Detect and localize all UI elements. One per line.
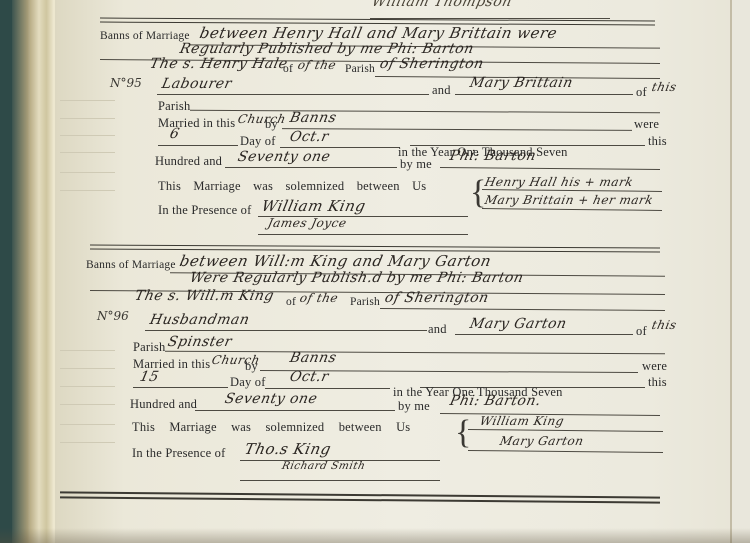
signature-brace: { bbox=[455, 416, 471, 450]
of-label-2: of bbox=[636, 85, 647, 100]
solemnized-label: This Marriage was solemnized between Us bbox=[158, 179, 426, 194]
groom-parish: of Sherington bbox=[378, 56, 485, 72]
witness-1: William King bbox=[260, 197, 367, 215]
parish-label-2: Parish bbox=[133, 340, 165, 355]
this-label: this bbox=[648, 375, 667, 390]
year-text: Seventy one bbox=[236, 149, 332, 165]
by-label: by bbox=[245, 359, 258, 374]
method: Banns bbox=[288, 350, 338, 366]
banns-label: Banns of Marriage bbox=[100, 30, 190, 42]
previous-entry-witness: William Thompson bbox=[370, 0, 513, 10]
hundred-label: Hundred and bbox=[155, 154, 222, 169]
by-me-label: by me bbox=[398, 399, 430, 414]
banns-text: between Henry Hall and Mary Brittain wer… bbox=[198, 24, 559, 42]
were-label: were bbox=[634, 117, 659, 132]
presence-label: In the Presence of bbox=[158, 203, 252, 218]
month: Oct.r bbox=[288, 129, 330, 145]
signature-bride: Mary Brittain + her mark bbox=[484, 193, 655, 207]
officiant: Phi: Barton bbox=[448, 148, 537, 164]
groom-occupation: Husbandman bbox=[148, 312, 251, 328]
signature-groom: William King bbox=[479, 414, 566, 428]
presence-label: In the Presence of bbox=[132, 446, 226, 461]
parish-label: Parish bbox=[345, 63, 375, 75]
of-label-2: of bbox=[636, 324, 647, 339]
bride-status: Spinster bbox=[166, 334, 233, 350]
married-label: Married in this bbox=[158, 116, 235, 131]
entry-number: N°95 bbox=[110, 76, 142, 90]
entry-number: N°96 bbox=[97, 309, 129, 323]
witness-2: James Joyce bbox=[267, 216, 349, 230]
witness-2: Richard Smith bbox=[281, 460, 367, 472]
of-the: of the bbox=[297, 58, 338, 72]
parish-label-2: Parish bbox=[158, 99, 190, 114]
day: 15 bbox=[138, 369, 160, 385]
of-label: of bbox=[283, 63, 293, 75]
of-label: of bbox=[286, 296, 296, 308]
parish-label: Parish bbox=[350, 296, 380, 308]
bottom-shadow bbox=[0, 528, 750, 543]
bride-parish: this bbox=[651, 80, 679, 94]
banns-text-2: Were Regularly Publish.d by me Phi: Bart… bbox=[188, 270, 525, 286]
of-the: of the bbox=[299, 291, 340, 305]
signature-groom: Henry Hall his + mark bbox=[484, 175, 635, 189]
groom-name: The s. Henry Hale bbox=[148, 56, 289, 72]
banns-label: Banns of Marriage bbox=[86, 259, 176, 271]
bride-name: Mary Brittain bbox=[468, 75, 574, 91]
bride-name: Mary Garton bbox=[468, 316, 568, 332]
this-label: this bbox=[648, 134, 667, 149]
day-of-label: Day of bbox=[230, 375, 266, 390]
method: Banns bbox=[288, 110, 338, 126]
hundred-label: Hundred and bbox=[130, 397, 197, 412]
by-me-label: by me bbox=[400, 157, 432, 172]
by-label: by bbox=[265, 117, 278, 132]
page-margin bbox=[732, 0, 750, 543]
solemnized-label: This Marriage was solemnized between Us bbox=[132, 420, 410, 435]
year-text: Seventy one bbox=[223, 391, 319, 407]
signature-bride: Mary Garton bbox=[499, 434, 586, 448]
and-label: and bbox=[428, 322, 447, 337]
day-of-label: Day of bbox=[240, 134, 276, 149]
and-label: and bbox=[432, 83, 451, 98]
month: Oct.r bbox=[288, 369, 330, 385]
banns-text-2: Regularly Published by me Phi: Barton bbox=[178, 41, 475, 57]
bride-parish: this bbox=[651, 318, 679, 332]
groom-occupation: Labourer bbox=[160, 76, 233, 92]
place: Church bbox=[237, 112, 288, 126]
officiant: Phi: Barton. bbox=[448, 393, 542, 409]
groom-parish: of Sherington bbox=[383, 290, 490, 306]
were-label: were bbox=[642, 359, 667, 374]
witness-1: Tho.s King bbox=[243, 440, 333, 458]
groom-name: The s. Will.m King bbox=[133, 288, 275, 304]
banns-text: between Will:m King and Mary Garton bbox=[178, 252, 493, 270]
